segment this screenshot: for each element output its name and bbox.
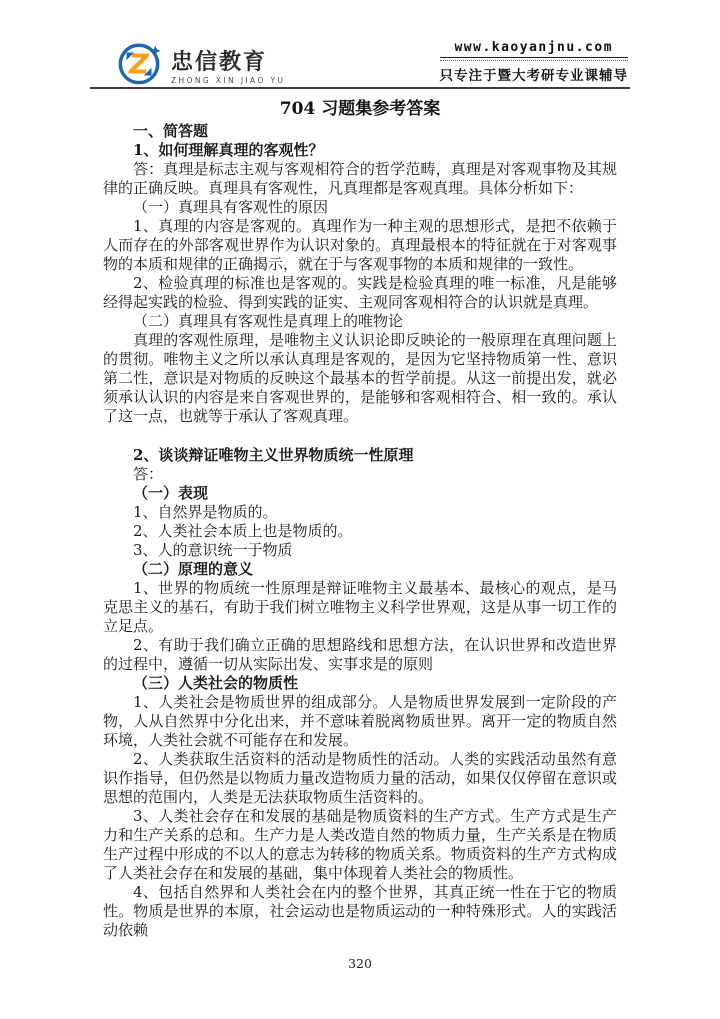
logo-name-cn: 忠信教育 <box>171 51 285 75</box>
paragraph: 1、世界的物质统一性原理是辩证唯物主义最基本、最核心的观点，是马克思主义的基石，… <box>103 579 617 636</box>
document-page: Z 忠信教育 ZHONG XIN JIAO YU www.kaoyanjnu.c… <box>0 0 720 1019</box>
paragraph: 答： <box>103 465 617 484</box>
paragraph: 1、真理的内容是客观的。真理作为一种主观的思想形式，是把不依赖于人而存在的外部客… <box>103 217 617 274</box>
paragraph: 答：真理是标志主观与客观相符合的哲学范畴，真理是对客观事物及其规律的正确反映。真… <box>103 160 617 198</box>
paragraph: 2、人类社会本质上也是物质的。 <box>103 522 617 541</box>
logo: Z 忠信教育 ZHONG XIN JIAO YU <box>116 40 285 86</box>
paragraph: 3、人的意识统一于物质 <box>103 541 617 560</box>
paragraph: （一）真理具有客观性的原因 <box>103 198 617 217</box>
paragraph: 2、谈谈辩证唯物主义世界物质统一性原理 <box>103 446 617 465</box>
page-footer: 320 <box>0 956 720 971</box>
paragraph: 1、人类社会是物质世界的组成部分。人是物质世界发展到一定阶段的产物，人从自然界中… <box>103 693 617 750</box>
page-number: 320 <box>348 956 372 971</box>
paragraph: 3、人类社会存在和发展的基础是物质资料的生产方式。生产方式是生产力和生产关系的总… <box>103 807 617 883</box>
logo-name-en: ZHONG XIN JIAO YU <box>171 76 285 85</box>
paragraph: 1、如何理解真理的客观性？ <box>103 141 617 160</box>
paragraph: 1、自然界是物质的。 <box>103 503 617 522</box>
paragraph: 4、包括自然界和人类社会在内的整个世界，其真正统一性在于它的物质性。物质是世界的… <box>103 883 617 940</box>
header-tagline: 只专注于暨大考研专业课辅导 <box>440 64 629 84</box>
paragraph: （一）表现 <box>103 484 617 503</box>
paragraph: 2、检验真理的标准也是客观的。实践是检验真理的唯一标准，凡是能够经得起实践的检验… <box>103 274 617 312</box>
paragraph: 2、有助于我们确立正确的思想路线和思想方法，在认识世界和改造世界的过程中，遵循一… <box>103 636 617 674</box>
document-body: 一、简答题1、如何理解真理的客观性？答：真理是标志主观与客观相符合的哲学范畴，真… <box>103 122 617 940</box>
paragraph: 2、人类获取生活资料的活动是物质性的活动。人类的实践活动虽然有意识作指导，但仍然… <box>103 750 617 807</box>
paragraph: 真理的客观性原理，是唯物主义认识论即反映论的一般原理在真理问题上的贯彻。唯物主义… <box>103 331 617 426</box>
dotted-divider <box>440 60 629 61</box>
page-header: Z 忠信教育 ZHONG XIN JIAO YU www.kaoyanjnu.c… <box>90 0 630 89</box>
page-title: 704 习题集参考答案 <box>0 94 720 119</box>
paragraph: （二）真理具有客观性是真理上的唯物论 <box>103 312 617 331</box>
logo-text: 忠信教育 ZHONG XIN JIAO YU <box>171 51 285 86</box>
header-right: www.kaoyanjnu.com 只专注于暨大考研专业课辅导 <box>440 40 629 84</box>
paragraph: （二）原理的意义 <box>103 560 617 579</box>
paragraph: 一、简答题 <box>103 122 617 141</box>
paragraph: （三）人类社会的物质性 <box>103 674 617 693</box>
website-url: www.kaoyanjnu.com <box>440 40 629 58</box>
logo-icon: Z <box>116 40 162 86</box>
